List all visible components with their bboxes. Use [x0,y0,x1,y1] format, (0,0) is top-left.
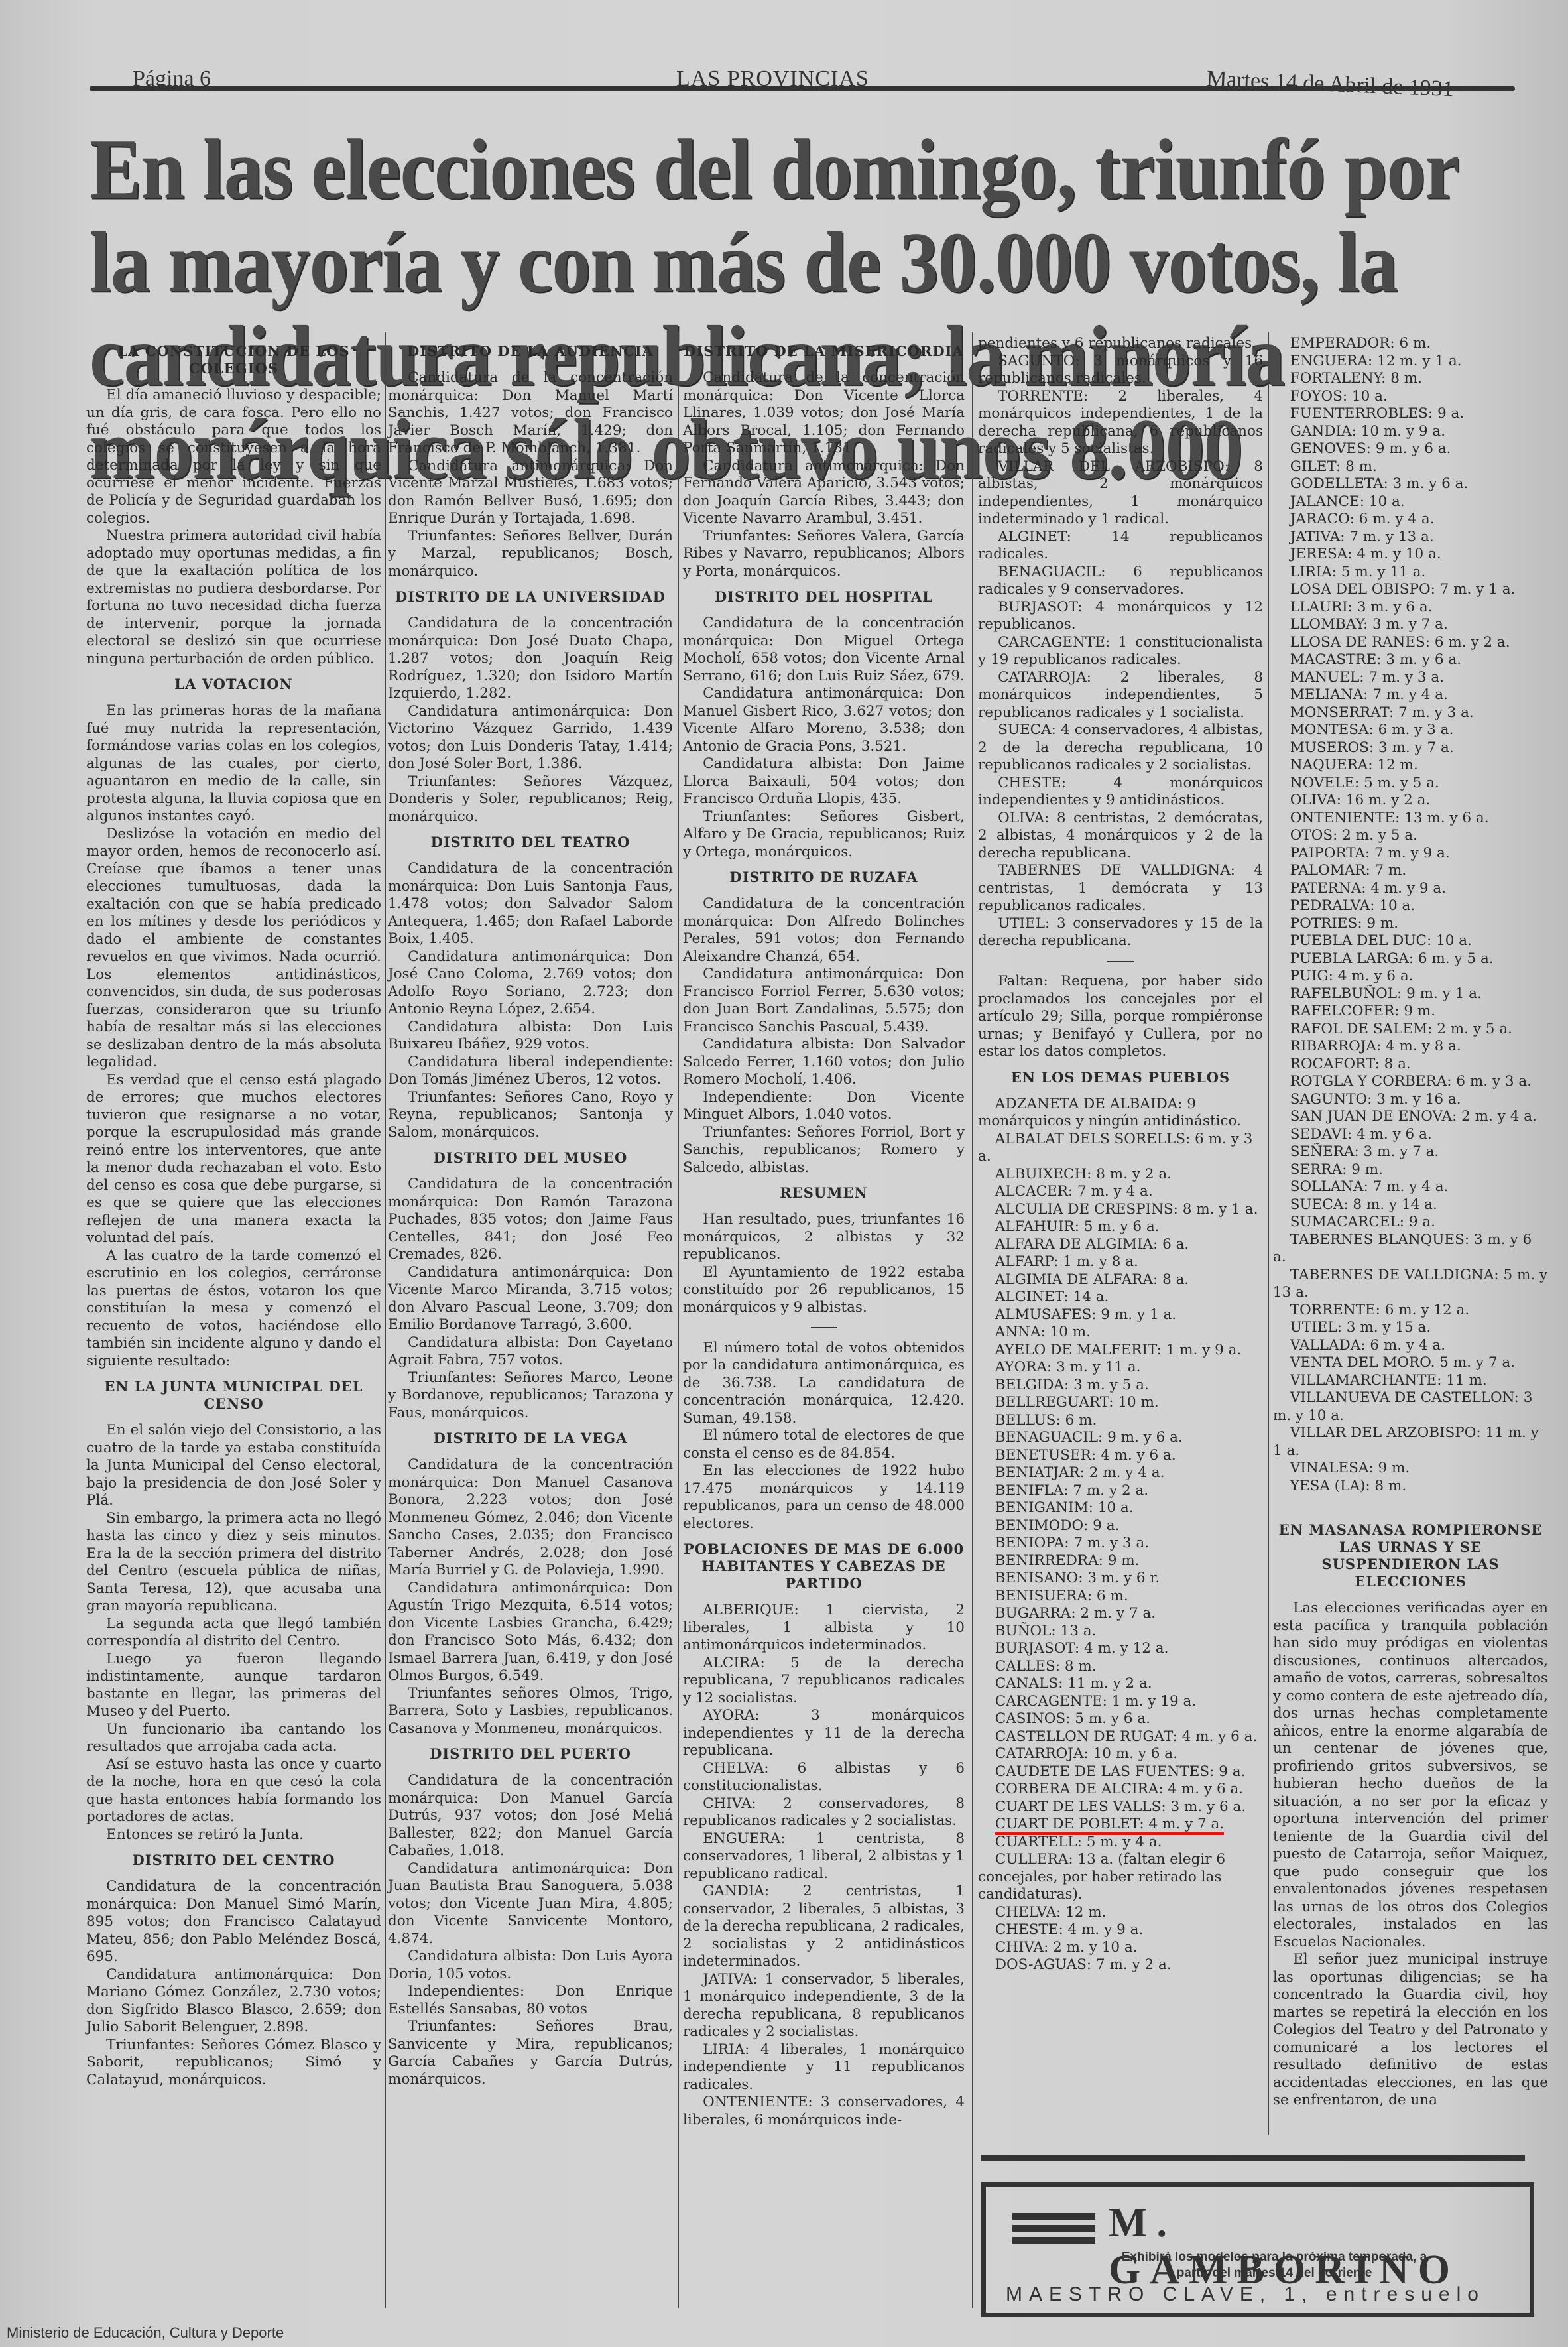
paragraph: TORRENTE: 2 liberales, 4 monárquicos ind… [978,388,1263,458]
town-result: CATARROJA: 10 m. y 6 a. [978,1745,1263,1763]
paragraph: En las primeras horas de la mañana fué m… [86,702,381,826]
column-1: LA CONSTITUCION DE LOS COLEGIOS El día a… [86,335,381,2089]
paragraph: El día amaneció lluvioso y despacible; u… [86,387,381,527]
paragraph: Independientes: Don Enrique Estellés San… [388,1983,673,2018]
paragraph: Candidatura albista: Don Jaime Llorca Ba… [683,755,965,808]
town-result: MELIANA: 7 m. y 4 a. [1273,686,1548,704]
town-result: CHESTE: 4 m. y 9 a. [978,1921,1263,1939]
newspaper-page: Página 6 LAS PROVINCIAS Martes 14 de Abr… [0,0,1568,2347]
section-heading: RESUMEN [683,1184,965,1202]
town-result: SERRA: 9 m. [1273,1161,1548,1179]
column-divider [678,332,679,2308]
town-result: CUART DE LES VALLS: 3 m. y 6 a. [978,1799,1263,1816]
town-result: SUMACARCEL: 9 a. [1273,1214,1548,1232]
town-result: GILET: 8 m. [1273,458,1548,476]
town-result: LOSA DEL OBISPO: 7 m. y 1 a. [1273,581,1548,599]
paragraph: Candidatura de la concentración monárqui… [86,1878,381,1966]
town-result: CALLES: 8 m. [978,1658,1263,1676]
town-result: RIBARROJA: 4 m. y 8 a. [1273,1038,1548,1056]
paragraph: CHIVA: 2 conservadores, 8 republicanos r… [683,1795,965,1830]
town-result: AYORA: 3 m. y 11 a. [978,1359,1263,1377]
paragraph: Candidatura albista: Don Luis Ayora Dori… [388,1948,673,1983]
town-result: VILLAMARCHANTE: 11 m. [1273,1372,1548,1390]
town-result: BENIOPA: 7 m. y 3 a. [978,1535,1263,1553]
column-4: pendientes y 6 republicanos radicales. S… [978,335,1263,1974]
paragraph: Sin embargo, la primera acta no llegó ha… [86,1510,381,1616]
paragraph: Candidatura de la concentración monárqui… [388,1456,673,1580]
town-result: ALFAHUIR: 5 m. y 6 a. [978,1218,1263,1236]
town-result: MONSERRAT: 7 m. y 3 a. [1273,704,1548,722]
town-result: SEDAVI: 4 m. y 6 a. [1273,1126,1548,1144]
paragraph: Candidatura antimonárquica: Don Victorin… [388,703,673,773]
separator [683,1319,965,1337]
column-divider [385,332,386,2308]
town-result: SOLLANA: 7 m. y 4 a. [1273,1178,1548,1196]
town-result: BENIRREDRA: 9 m. [978,1553,1263,1570]
paragraph: pendientes y 6 republicanos radicales. [978,335,1263,353]
section-heading: DISTRITO DE LA MISERICORDIA [683,343,965,360]
paragraph: Candidatura antimonárquica: Don José Can… [388,948,673,1019]
paragraph: Candidatura de la concentración monárqui… [388,369,673,458]
paragraph: Candidatura de la concentración monárqui… [683,615,965,685]
town-result: POTRIES: 9 m. [1273,915,1548,933]
column-5: EMPERADOR: 6 m.ENGUERA: 12 m. y 1 a.FORT… [1273,335,1548,2110]
advertisement: M. GAMBORINO Exhibirá los modelos para l… [981,2182,1534,2317]
paragraph: Luego ya fueron llegando indistintamente… [86,1651,381,1721]
town-result: ADZANETA DE ALBAIDA: 9 monárquicos y nin… [978,1096,1263,1131]
section-heading: DISTRITO DEL HOSPITAL [683,588,965,605]
town-result: RAFELCOFER: 9 m. [1273,1003,1548,1021]
paragraph: ENGUERA: 1 centrista, 8 conservadores, 1… [683,1830,965,1883]
town-result: CHELVA: 12 m. [978,1904,1263,1922]
paragraph: LIRIA: 4 liberales, 1 monárquico indepen… [683,2041,965,2094]
town-result: CHIVA: 2 m. y 10 a. [978,1939,1263,1957]
town-result: GANDIA: 10 m. y 9 a. [1273,423,1548,441]
paragraph: Candidatura de la concentración monárqui… [388,860,673,948]
paragraph: GANDIA: 2 centristas, 1 conservador, 2 l… [683,1883,965,1971]
town-result: PUEBLA LARGA: 6 m. y 5 a. [1273,950,1548,968]
town-result: CANALS: 11 m. y 2 a. [978,1675,1263,1693]
town-result: JERESA: 4 m. y 10 a. [1273,546,1548,564]
paragraph: UTIEL: 3 conservadores y 15 de la derech… [978,915,1263,950]
paragraph: ONTENIENTE: 3 conservadores, 4 liberales… [683,2094,965,2129]
paragraph: El Ayuntamiento de 1922 estaba constituí… [683,1264,965,1317]
town-result: BUGARRA: 2 m. y 7 a. [978,1605,1263,1623]
paragraph: Triunfantes: Señores Cano, Royo y Reyna,… [388,1089,673,1142]
paragraph: Independiente: Don Vicente Minguet Albor… [683,1089,965,1124]
paragraph: Es verdad que el censo está plagado de e… [86,1072,381,1247]
town-result: BELGIDA: 3 m. y 5 a. [978,1377,1263,1395]
town-result: VINALESA: 9 m. [1273,1460,1548,1478]
town-result: CASTELLON DE RUGAT: 4 m. y 6 a. [978,1728,1263,1746]
town-result: ONTENIENTE: 13 m. y 6 a. [1273,810,1548,828]
paragraph: Triunfantes: Señores Marco, Leone y Bord… [388,1369,673,1423]
town-result: ALMUSAFES: 9 m. y 1 a. [978,1306,1263,1324]
town-result: MANUEL: 7 m. y 3 a. [1273,669,1548,687]
town-result: BENISUERA: 6 m. [978,1588,1263,1606]
town-result: BENIGANIM: 10 a. [978,1499,1263,1517]
town-result: BUÑOL: 13 a. [978,1623,1263,1641]
town-result: ALGIMIA DE ALFARA: 8 a. [978,1271,1263,1289]
column-3: DISTRITO DE LA MISERICORDIA Candidatura … [683,335,965,2129]
town-result: PAIPORTA: 7 m. y 9 a. [1273,845,1548,863]
paragraph: El señor juez municipal instruye las opo… [1273,1951,1548,2110]
decorative-lines-icon [1012,2213,1095,2249]
paragraph: Candidatura de la concentración monárqui… [388,1772,673,1860]
section-heading: POBLACIONES DE MAS DE 6.000 HABITANTES Y… [683,1541,965,1592]
paragraph: Triunfantes: Señores Gisbert, Alfaro y D… [683,808,965,861]
column-divider [1268,332,1269,2135]
town-results-list: ADZANETA DE ALBAIDA: 9 monárquicos y nin… [978,1096,1263,1974]
town-result: JALANCE: 10 a. [1273,493,1548,511]
town-result: ALFARP: 1 m. y 8 a. [978,1253,1263,1271]
town-result: ALGINET: 14 a. [978,1289,1263,1306]
issue-date: Martes 14 de Abril de 1931 [1206,66,1454,102]
town-result: ALCULIA DE CRESPINS: 8 m. y 1 a. [978,1201,1263,1219]
paragraph: CHELVA: 6 albistas y 6 constitucionalist… [683,1760,965,1795]
archive-credit: Ministerio de Educación, Cultura y Depor… [7,2324,284,2342]
paragraph: Candidatura antimonárquica: Don Francisc… [683,966,965,1036]
town-result: OLIVA: 16 m. y 2 a. [1273,792,1548,810]
paragraph: CHESTE: 4 monárquicos independientes y 9… [978,775,1263,810]
ad-top-rule [981,2155,1525,2161]
town-result: OTOS: 2 m. y 5 a. [1273,827,1548,845]
paragraph: Así se estuvo hasta las once y cuarto de… [86,1756,381,1826]
section-heading: DISTRITO DEL MUSEO [388,1149,673,1167]
paragraph: Triunfantes: Señores Brau, Sanvicente y … [388,2018,673,2088]
town-result: TABERNES BLANQUES: 3 m. y 6 a. [1273,1232,1548,1267]
town-result: GENOVES: 9 m. y 6 a. [1273,440,1548,458]
paragraph: OLIVA: 8 centristas, 2 demócratas, 2 alb… [978,810,1263,863]
paragraph: Candidatura antimonárquica: Don Juan Bau… [388,1860,673,1948]
town-result: CARCAGENTE: 1 m. y 19 a. [978,1693,1263,1711]
town-result: TORRENTE: 6 m. y 12 a. [1273,1302,1548,1320]
town-result: VILLAR DEL ARZOBISPO: 11 m. y 1 a. [1273,1425,1548,1460]
paragraph: ALGINET: 14 republicanos radicales. [978,529,1263,564]
paragraph: Candidatura albista: Don Cayetano Agrait… [388,1334,673,1369]
paragraph: Triunfantes: Señores Valera, García Ribe… [683,528,965,581]
paragraph: TABERNES DE VALLDIGNA: 4 centristas, 1 d… [978,862,1263,915]
paragraph: BURJASOT: 4 monárquicos y 12 republicano… [978,599,1263,634]
column-2: DISTRITO DE LA AUDIENCIA Candidatura de … [388,335,673,2088]
paragraph: La segunda acta que llegó también corres… [86,1616,381,1651]
town-result: UTIEL: 3 m. y 15 a. [1273,1319,1548,1337]
town-result: NAQUERA: 12 m. [1273,757,1548,775]
town-result: BENISANO: 3 m. y 6 r. [978,1570,1263,1588]
town-result: ROCAFORT: 8 a. [1273,1056,1548,1074]
town-results-list: EMPERADOR: 6 m.ENGUERA: 12 m. y 1 a.FORT… [1273,335,1548,1495]
paragraph: BENAGUACIL: 6 republicanos radicales y 9… [978,564,1263,599]
town-result: SEÑERA: 3 m. y 7 a. [1273,1143,1548,1161]
paragraph: CATARROJA: 2 liberales, 8 monárquicos in… [978,669,1263,722]
town-result: BELLREGUART: 10 m. [978,1394,1263,1412]
section-heading: LA VOTACION [86,676,381,693]
paragraph: Candidatura antimonárquica: Don Vicente … [388,1264,673,1334]
paragraph: A las cuatro de la tarde comenzó el escr… [86,1247,381,1371]
town-result: PALOMAR: 7 m. [1273,862,1548,880]
paragraph: Han resultado, pues, triunfantes 16 moná… [683,1211,965,1264]
town-result: MONTESA: 6 m. y 3 a. [1273,722,1548,739]
town-result: ALFARA DE ALGIMIA: 6 a. [978,1236,1263,1254]
paragraph: ALBERIQUE: 1 ciervista, 2 liberales, 1 a… [683,1602,965,1655]
paragraph: SUECA: 4 conservadores, 4 albistas, 2 de… [978,722,1263,775]
town-result: DOS-AGUAS: 7 m. y 2 a. [978,1956,1263,1974]
highlighted-town-result: CUART DE POBLET: 4 m. y 7 a. [995,1816,1224,1835]
town-result: YESA (LA): 8 m. [1273,1478,1548,1495]
paragraph: Candidatura de la concentración monárqui… [683,369,965,458]
section-heading: DISTRITO DEL CENTRO [86,1852,381,1869]
town-result: CUART DE POBLET: 4 m. y 7 a. [978,1816,1263,1834]
town-result: CASINOS: 5 m. y 6 a. [978,1710,1263,1728]
paragraph: Candidatura de la concentración monárqui… [388,1176,673,1264]
column-divider [972,332,973,2308]
town-result: VENTA DEL MORO. 5 m. y 7 a. [1273,1354,1548,1372]
town-result: SAGUNTO: 3 m. y 16 a. [1273,1091,1548,1109]
town-result: RAFOL DE SALEM: 2 m. y 5 a. [1273,1021,1548,1039]
paragraph: Las elecciones verificadas ayer en esta … [1273,1600,1548,1951]
section-heading: EN LOS DEMAS PUEBLOS [978,1069,1263,1086]
section-heading: DISTRITO DEL PUERTO [388,1745,673,1763]
paragraph: Candidatura liberal independiente: Don T… [388,1054,673,1089]
town-result: CORBERA DE ALCIRA: 4 m. y 6 a. [978,1781,1263,1799]
town-result: GODELLETA: 3 m. y 6 a. [1273,476,1548,493]
town-result: LLOSA DE RANES: 6 m. y 2 a. [1273,634,1548,652]
town-result: BELLUS: 6 m. [978,1412,1263,1430]
paragraph: Triunfantes señores Olmos, Trigo, Barrer… [388,1685,673,1738]
town-result: CUARTELL: 5 m. y 4 a. [978,1834,1263,1852]
town-result: JATIVA: 7 m. y 13 a. [1273,529,1548,546]
town-result: BENIFLA: 7 m. y 2 a. [978,1482,1263,1500]
town-result: PUEBLA DEL DUC: 10 a. [1273,932,1548,950]
paragraph: Candidatura antimonárquica: Don Fernando… [683,458,965,528]
paragraph: Candidatura de la concentración monárqui… [683,895,965,966]
town-result: ANNA: 10 m. [978,1324,1263,1342]
town-result: LLAURI: 3 m. y 6 a. [1273,599,1548,617]
town-result: BENAGUACIL: 9 m. y 6 a. [978,1429,1263,1447]
paragraph: Un funcionario iba cantando los resultad… [86,1721,381,1756]
paragraph: SAGUNTO: 3 monárquicos y 16 republicanos… [978,353,1263,388]
town-result: TABERNES DE VALLDIGNA: 5 m. y 13 a. [1273,1267,1548,1302]
town-result: FOYOS: 10 a. [1273,388,1548,406]
town-result: JARACO: 6 m. y 4 a. [1273,511,1548,529]
town-result: BENIMODO: 9 a. [978,1517,1263,1535]
paragraph: Deslizóse la votación en medio del mayor… [86,826,381,1072]
paragraph: Candidatura de la concentración monárqui… [388,615,673,703]
town-result: PEDRALVA: 10 a. [1273,897,1548,915]
paragraph: El número total de votos obtenidos por l… [683,1340,965,1428]
town-result: RAFELBUÑOL: 9 m. y 1 a. [1273,985,1548,1003]
paragraph: Triunfantes: Señores Vázquez, Donderis y… [388,773,673,826]
town-result: MUSEROS: 3 m. y 7 a. [1273,739,1548,757]
paragraph: Candidatura antimonárquica: Don Manuel G… [683,685,965,755]
section-heading: DISTRITO DEL TEATRO [388,834,673,851]
paragraph: Candidatura antimonárquica: Don Mariano … [86,1966,381,2037]
paragraph: Faltan: Requena, por haber sido proclama… [978,973,1263,1061]
paragraph: Candidatura albista: Don Salvador Salced… [683,1036,965,1089]
paragraph: En las elecciones de 1922 hubo 17.475 mo… [683,1462,965,1533]
paragraph: VILLAR DEL ARZOBISPO: 8 albistas, 2 moná… [978,458,1263,529]
town-result: FORTALENY: 8 m. [1273,370,1548,388]
town-result: SAN JUAN DE ENOVA: 2 m. y 4 a. [1273,1108,1548,1126]
town-result: CAUDETE DE LAS FUENTES: 9 a. [978,1763,1263,1781]
town-result: VILLANUEVA DE CASTELLON: 3 m. y 10 a. [1273,1389,1548,1425]
town-result: SUECA: 8 m. y 14 a. [1273,1196,1548,1214]
town-result: LLOMBAY: 3 m. y 7 a. [1273,616,1548,634]
town-result: MACASTRE: 3 m. y 6 a. [1273,651,1548,669]
town-result: ENGUERA: 12 m. y 1 a. [1273,353,1548,371]
paragraph: CARCAGENTE: 1 constitucionalista y 19 re… [978,634,1263,669]
town-result: LIRIA: 5 m. y 11 a. [1273,564,1548,582]
section-heading: DISTRITO DE RUZAFA [683,869,965,886]
town-result: ROTGLA Y CORBERA: 6 m. y 3 a. [1273,1073,1548,1091]
town-result: ALBALAT DELS SORELLS: 6 m. y 3 a. [978,1131,1263,1166]
section-heading: DISTRITO DE LA UNIVERSIDAD [388,588,673,605]
header-rule [90,86,1515,91]
paragraph: Entonces se retiró la Junta. [86,1826,381,1844]
town-result: CULLERA: 13 a. (faltan elegir 6 concejal… [978,1851,1263,1904]
paragraph: JATIVA: 1 conservador, 5 liberales, 1 mo… [683,1971,965,2041]
town-result: PUIG: 4 m. y 6 a. [1273,968,1548,985]
paragraph: Candidatura antimonárquica: Don Vicente … [388,458,673,528]
paragraph: En el salón viejo del Consistorio, a las… [86,1422,381,1510]
paragraph: Nuestra primera autoridad civil había ad… [86,527,381,668]
town-result: BENIATJAR: 2 m. y 4 a. [978,1464,1263,1482]
section-heading: LA CONSTITUCION DE LOS COLEGIOS [86,343,381,377]
town-result: FUENTERROBLES: 9 a. [1273,405,1548,423]
paragraph: ALCIRA: 5 de la derecha republicana, 7 r… [683,1655,965,1708]
town-result: NOVELE: 5 m. y 5 a. [1273,775,1548,793]
ad-text: Exhibirá los modelos para la próxima tem… [1109,2250,1440,2281]
town-result: PATERNA: 4 m. y 9 a. [1273,880,1548,898]
town-result: ALCACER: 7 m. y 4 a. [978,1183,1263,1201]
paragraph: Triunfantes: Señores Forriol, Bort y San… [683,1124,965,1177]
separator [978,953,1263,971]
paragraph: Triunfantes: Señores Gómez Blasco y Sabo… [86,2037,381,2090]
paragraph: Candidatura antimonárquica: Don Agustín … [388,1580,673,1685]
town-result: VALLADA: 6 m. y 4 a. [1273,1337,1548,1355]
section-heading: EN MASANASA ROMPIERONSE LAS URNAS Y SE S… [1273,1521,1548,1590]
section-heading: EN LA JUNTA MUNICIPAL DEL CENSO [86,1378,381,1413]
town-result: EMPERADOR: 6 m. [1273,335,1548,353]
town-result: BURJASOT: 4 m. y 12 a. [978,1640,1263,1658]
ad-address: MAESTRO CLAVE, 1, entresuelo [1006,2283,1485,2306]
paragraph: AYORA: 3 monárquicos independientes y 11… [683,1707,965,1760]
section-heading: DISTRITO DE LA AUDIENCIA [388,343,673,360]
paragraph: El número total de electores de que cons… [683,1427,965,1462]
town-result: BENETUSER: 4 m. y 6 a. [978,1447,1263,1465]
town-result: ALBUIXECH: 8 m. y 2 a. [978,1166,1263,1184]
paragraph: Triunfantes: Señores Bellver, Durán y Ma… [388,528,673,581]
section-heading: DISTRITO DE LA VEGA [388,1430,673,1447]
town-result: AYELO DE MALFERIT: 1 m. y 9 a. [978,1342,1263,1360]
paragraph: Candidatura albista: Don Luis Buixareu I… [388,1019,673,1054]
